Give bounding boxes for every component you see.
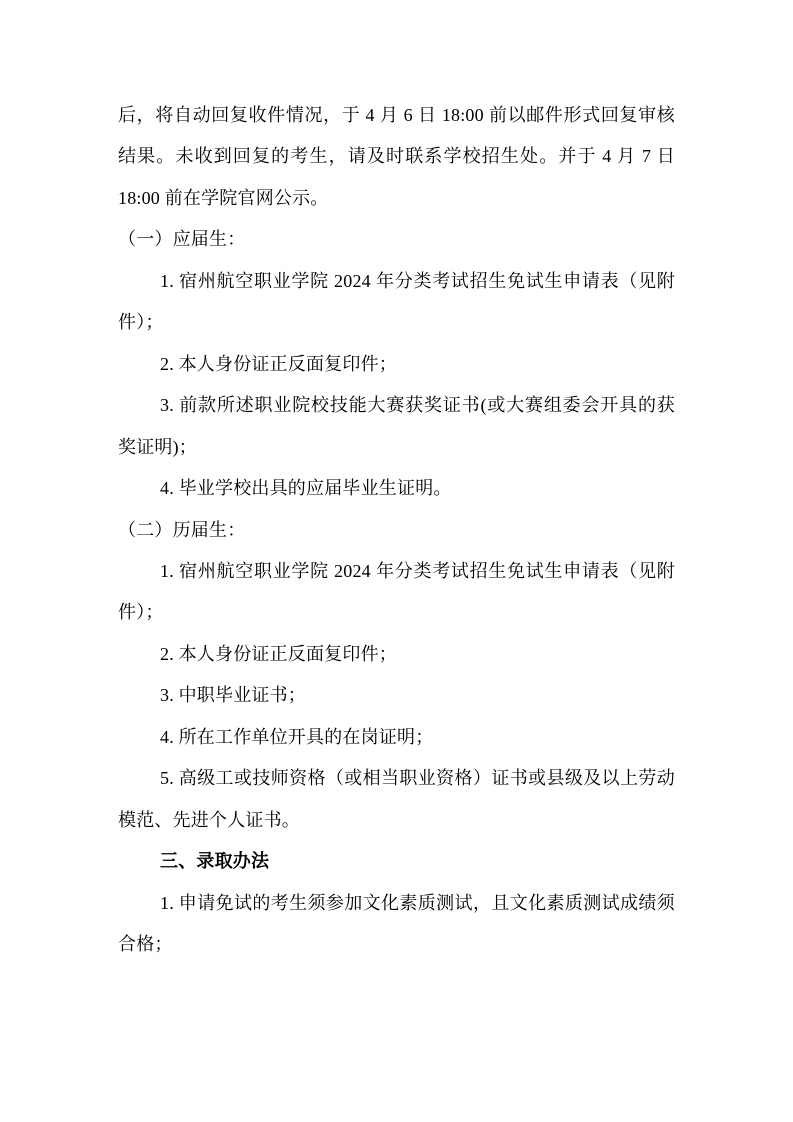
text-line: 件）； bbox=[118, 302, 675, 343]
para-fresh-item-4-graduation-proof: 4. 毕业学校出具的应届毕业生证明。 bbox=[118, 468, 675, 509]
document-body: 后，将自动回复收件情况，于 4 月 6 日 18:00 前以邮件形式回复审核结果… bbox=[118, 95, 675, 966]
text-line: 1. 宿州航空职业学院 2024 年分类考试招生免试生申请表（见附 bbox=[118, 551, 675, 592]
text-line: 结果。未收到回复的考生，请及时联系学校招生处。并于 4 月 7 日 bbox=[118, 136, 675, 177]
text-line: 4. 毕业学校出具的应届毕业生证明。 bbox=[118, 468, 675, 509]
text-line: 1. 宿州航空职业学院 2024 年分类考试招生免试生申请表（见附 bbox=[118, 261, 675, 302]
text-line: 5. 高级工或技师资格（或相当职业资格）证书或县级及以上劳动 bbox=[118, 758, 675, 799]
para-prev-item-4-employment-proof: 4. 所在工作单位开具的在岗证明； bbox=[118, 717, 675, 758]
para-fresh-item-2-id-copy: 2. 本人身份证正反面复印件； bbox=[118, 344, 675, 385]
text-line: 后，将自动回复收件情况，于 4 月 6 日 18:00 前以邮件形式回复审核 bbox=[118, 95, 675, 136]
text-line: 件）； bbox=[118, 592, 675, 633]
para-admission-item-1-culture-test: 1. 申请免试的考生须参加文化素质测试，且文化素质测试成绩须合格； bbox=[118, 883, 675, 966]
text-line: 2. 本人身份证正反面复印件； bbox=[118, 634, 675, 675]
text-line: 3. 前款所述职业院校技能大赛获奖证书(或大赛组委会开具的获 bbox=[118, 385, 675, 426]
text-line: （二）历届生： bbox=[118, 510, 675, 551]
para-prev-item-3-diploma: 3. 中职毕业证书； bbox=[118, 675, 675, 716]
text-line: 2. 本人身份证正反面复印件； bbox=[118, 344, 675, 385]
para-email-review-reply: 后，将自动回复收件情况，于 4 月 6 日 18:00 前以邮件形式回复审核结果… bbox=[118, 95, 675, 219]
text-line: 18:00 前在学院官网公示。 bbox=[118, 178, 675, 219]
text-line: （一）应届生： bbox=[118, 219, 675, 260]
text-line: 奖证明)； bbox=[118, 427, 675, 468]
para-prev-item-5-senior-qualification: 5. 高级工或技师资格（或相当职业资格）证书或县级及以上劳动模范、先进个人证书。 bbox=[118, 758, 675, 841]
para-fresh-item-1-application-form: 1. 宿州航空职业学院 2024 年分类考试招生免试生申请表（见附件）； bbox=[118, 261, 675, 344]
para-fresh-item-3-award-certificate: 3. 前款所述职业院校技能大赛获奖证书(或大赛组委会开具的获奖证明)； bbox=[118, 385, 675, 468]
para-heading-fresh-graduates: （一）应届生： bbox=[118, 219, 675, 260]
text-line: 合格； bbox=[118, 924, 675, 965]
text-line: 三、录取办法 bbox=[118, 841, 675, 882]
para-prev-item-1-application-form: 1. 宿州航空职业学院 2024 年分类考试招生免试生申请表（见附件）； bbox=[118, 551, 675, 634]
para-prev-item-2-id-copy: 2. 本人身份证正反面复印件； bbox=[118, 634, 675, 675]
para-heading-admission-method: 三、录取办法 bbox=[118, 841, 675, 882]
text-line: 模范、先进个人证书。 bbox=[118, 800, 675, 841]
para-heading-previous-graduates: （二）历届生： bbox=[118, 510, 675, 551]
text-line: 3. 中职毕业证书； bbox=[118, 675, 675, 716]
document-page: 后，将自动回复收件情况，于 4 月 6 日 18:00 前以邮件形式回复审核结果… bbox=[0, 0, 793, 1122]
text-line: 1. 申请免试的考生须参加文化素质测试，且文化素质测试成绩须 bbox=[118, 883, 675, 924]
text-line: 4. 所在工作单位开具的在岗证明； bbox=[118, 717, 675, 758]
